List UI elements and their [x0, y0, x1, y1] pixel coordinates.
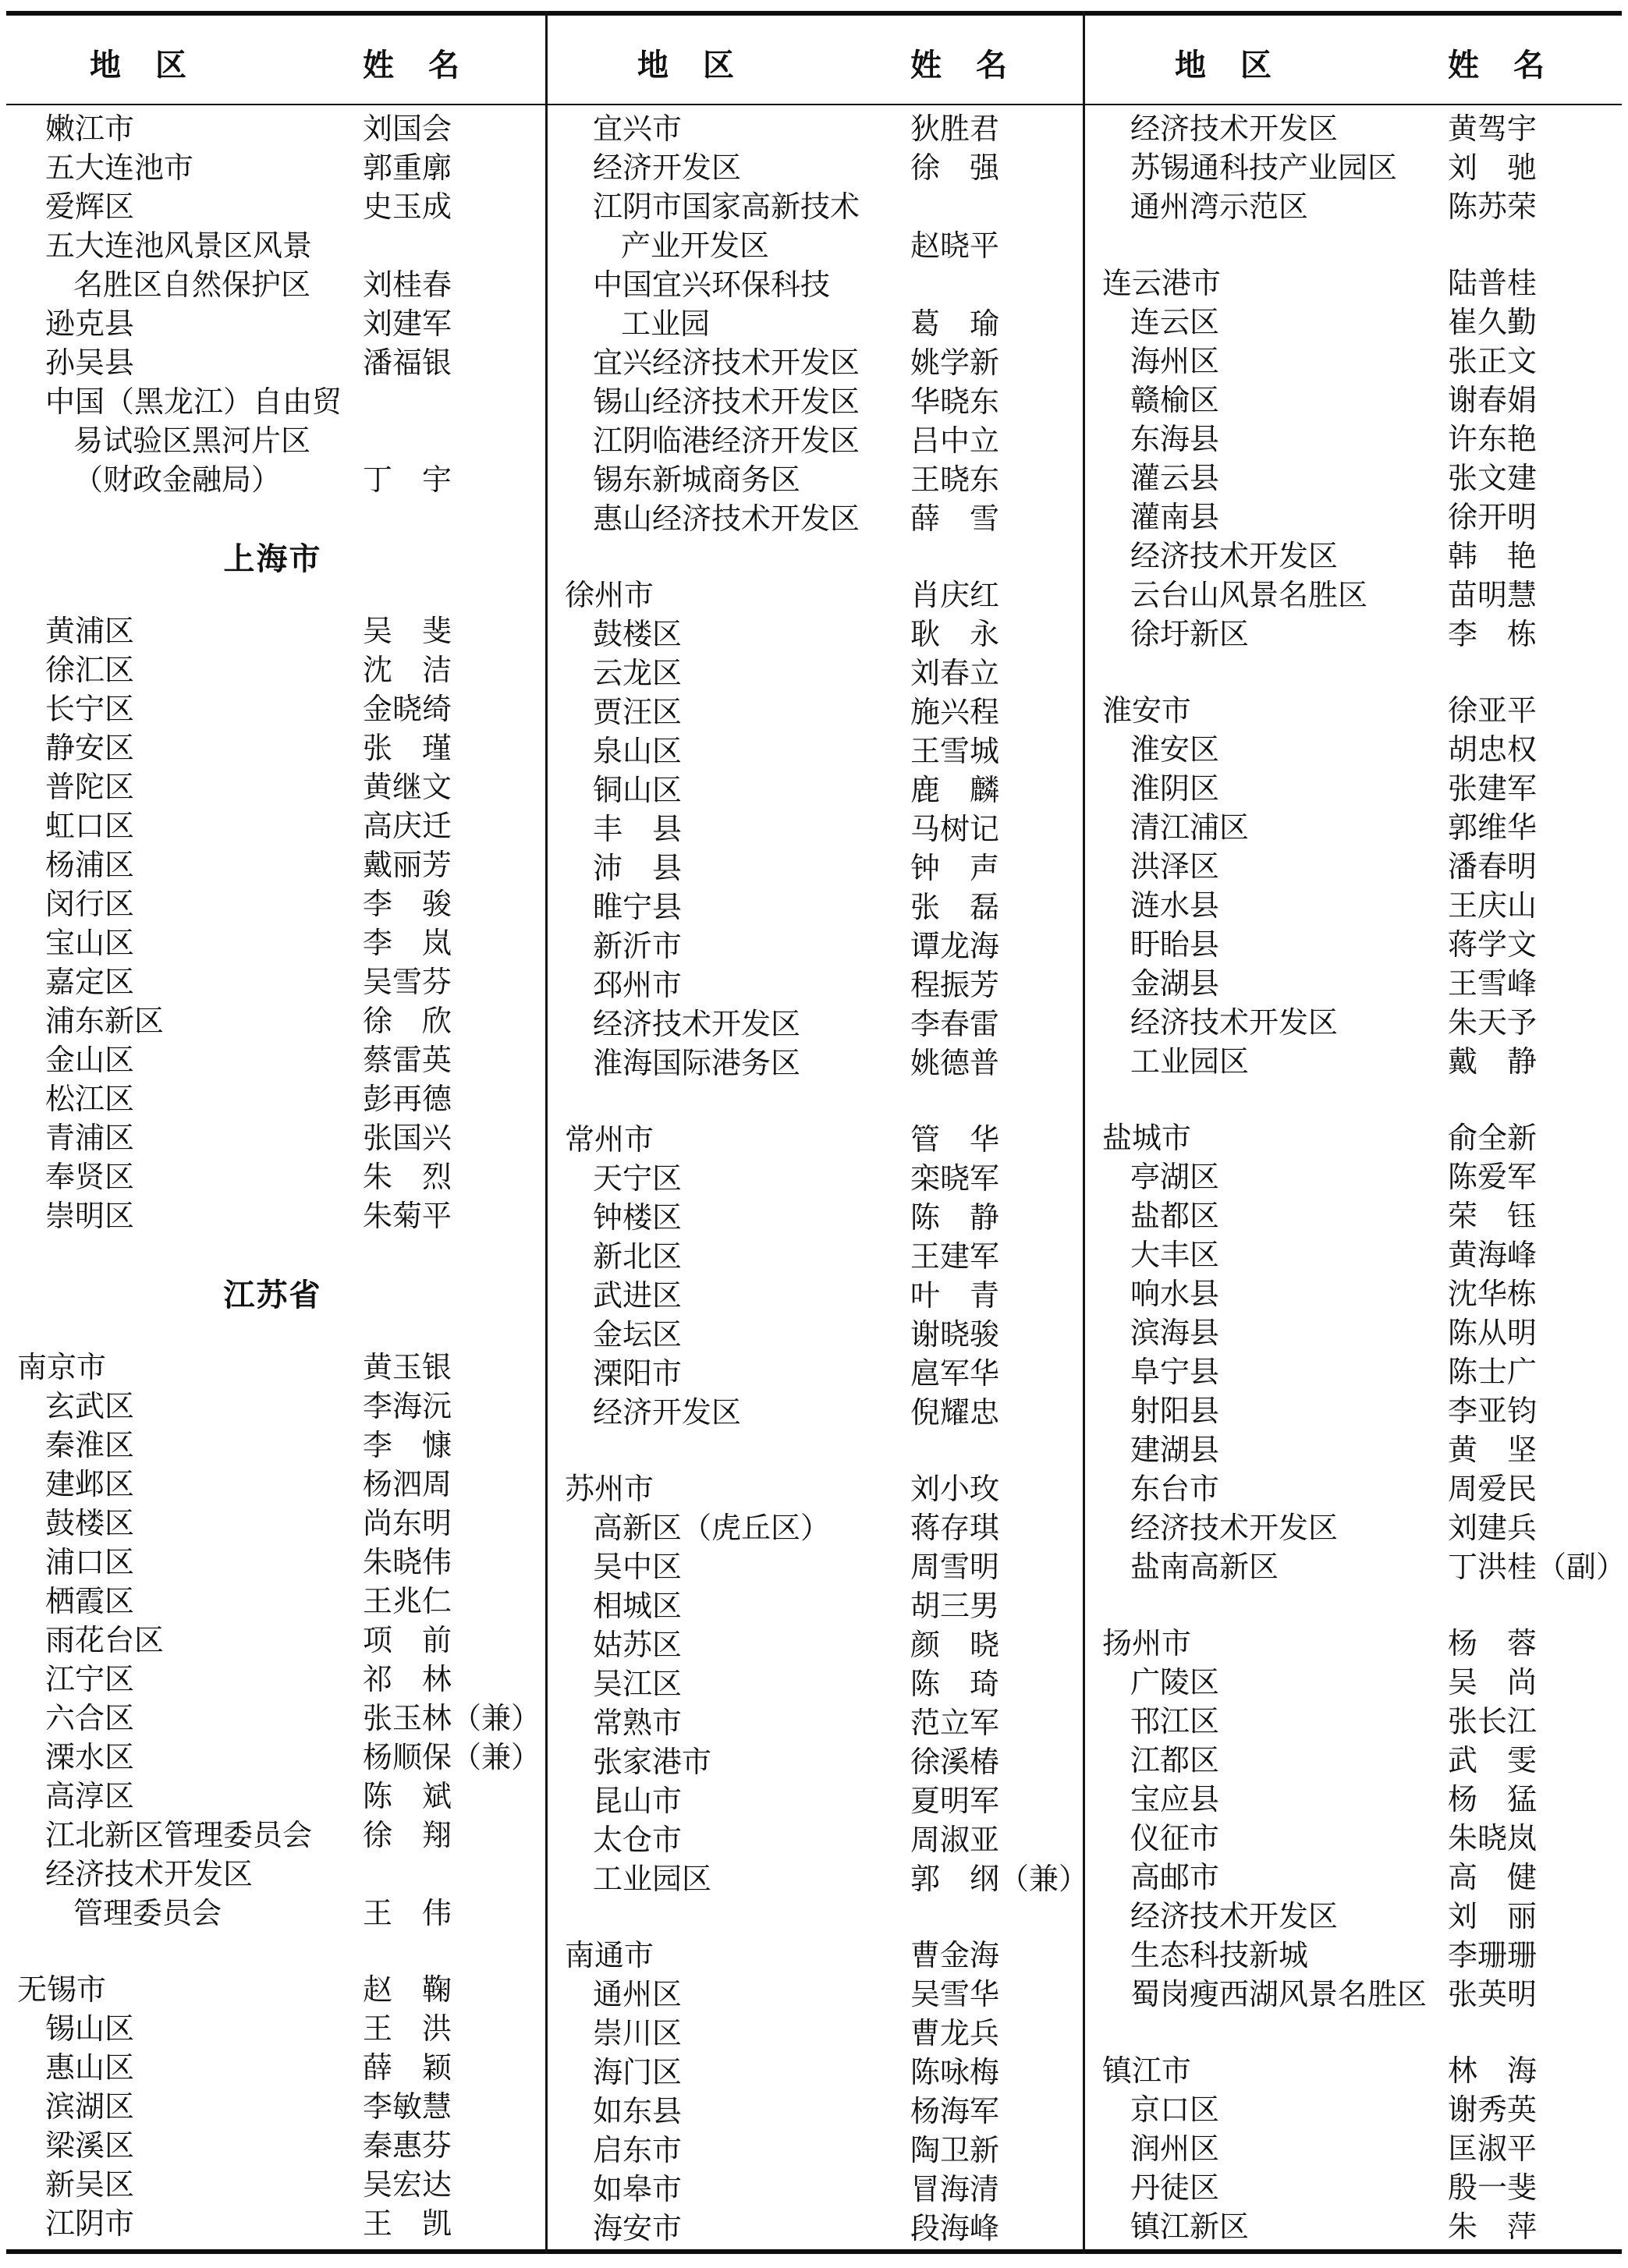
- region-cell: 宝山区: [45, 924, 134, 963]
- table-row: 邳州市程振芳: [548, 966, 1083, 1005]
- name-cell: 杨海军: [910, 2093, 999, 2132]
- name-cell: 陶卫新: [910, 2132, 999, 2171]
- name-cell: 潘春明: [1448, 848, 1537, 887]
- table-row: 连云区崔久勤: [1085, 303, 1628, 342]
- table-row: 爱辉区史玉成: [0, 188, 545, 227]
- name-cell: 俞全新: [1448, 1119, 1537, 1158]
- name-cell: 吴雪华: [910, 1976, 999, 2015]
- name-cell: 钟 声: [910, 849, 999, 888]
- region-cell: 嘉定区: [45, 963, 134, 1002]
- name-cell: 李敏慧: [363, 2088, 452, 2127]
- name-cell: 陈 静: [910, 1199, 999, 1238]
- table-row: 建邺区杨泗周: [0, 1465, 545, 1504]
- region-cell: 名胜区自然保护区: [73, 266, 310, 305]
- region-cell: 邳州市: [593, 966, 682, 1005]
- table-row: 新沂市谭龙海: [548, 927, 1083, 966]
- table-row: 普陀区黄继文: [0, 768, 545, 807]
- table-row: 高淳区陈 斌: [0, 1777, 545, 1816]
- table-row: 江阴市国家高新技术: [548, 188, 1083, 227]
- table-row: 孙吴县潘福银: [0, 344, 545, 383]
- table-row: 经济开发区倪耀忠: [548, 1394, 1083, 1433]
- table-row: 经济技术开发区: [0, 1855, 545, 1894]
- name-cell: 徐亚平: [1448, 692, 1537, 731]
- table-row: 奉贤区朱 烈: [0, 1158, 545, 1197]
- name-cell: 葛 瑜: [910, 305, 999, 344]
- name-cell: 颜 晓: [910, 1626, 999, 1665]
- table-row: 张家港市徐溪椿: [548, 1743, 1083, 1782]
- table-row: 梁溪区秦惠芬: [0, 2127, 545, 2166]
- region-cell: 闵行区: [45, 885, 134, 924]
- region-cell: 浦东新区: [45, 1002, 164, 1041]
- table-row: 常州市管 华: [548, 1121, 1083, 1160]
- region-cell: 鼓楼区: [45, 1504, 134, 1543]
- name-cell: 朱天予: [1448, 1004, 1537, 1043]
- region-cell: 江北新区管理委员会: [45, 1816, 312, 1855]
- section-gap: [1085, 1082, 1628, 1119]
- table-row: 徐汇区沈 洁: [0, 651, 545, 690]
- table-row: 江阴临港经济开发区吕中立: [548, 422, 1083, 461]
- region-cell: 孙吴县: [45, 344, 134, 383]
- table-row: 润州区匡淑平: [1085, 2130, 1628, 2169]
- region-cell: 新沂市: [593, 927, 682, 966]
- table-row: （财政金融局）丁 宇: [0, 461, 545, 500]
- region-cell: 苏州市: [565, 1470, 654, 1509]
- region-cell: 浦口区: [45, 1543, 134, 1582]
- region-cell: 盐城市: [1102, 1119, 1191, 1158]
- region-cell: 长宁区: [45, 690, 134, 729]
- table-row: 经济技术开发区刘 丽: [1085, 1898, 1628, 1937]
- name-cell: 高庆迁: [363, 807, 452, 846]
- name-cell: 蔡雷英: [363, 1041, 452, 1080]
- name-cell: 蒋学文: [1448, 926, 1537, 965]
- name-cell: 徐溪椿: [910, 1743, 999, 1782]
- table-row: 连云港市陆普桂: [1085, 264, 1628, 303]
- section-gap: [548, 1899, 1083, 1937]
- region-cell: 张家港市: [593, 1743, 711, 1782]
- table-row: 黄浦区吴 斐: [0, 612, 545, 651]
- table-row: 响水县沈华栋: [1085, 1275, 1628, 1314]
- table-row: 亭湖区陈爱军: [1085, 1158, 1628, 1197]
- region-cell: 淮安区: [1130, 731, 1219, 770]
- table-row: 武进区叶 青: [548, 1277, 1083, 1316]
- table-row: 惠山区薛 颖: [0, 2049, 545, 2088]
- name-cell: 叶 青: [910, 1277, 999, 1316]
- region-cell: 普陀区: [45, 768, 134, 807]
- region-cell: 苏锡通科技产业园区: [1130, 149, 1397, 188]
- table-row: 中国宜兴环保科技: [548, 266, 1083, 305]
- table-row: 新北区王建军: [548, 1238, 1083, 1277]
- name-cell: 李亚钧: [1448, 1392, 1537, 1431]
- region-column-header: 地 区: [637, 41, 736, 85]
- name-cell: 许东艳: [1448, 420, 1537, 459]
- name-cell: 林 海: [1448, 2052, 1537, 2091]
- region-cell: 易试验区黑河片区: [73, 422, 310, 461]
- table-row: 吴中区周雪明: [548, 1548, 1083, 1587]
- region-cell: 高新区（虎丘区）: [593, 1509, 830, 1548]
- table-row: 江北新区管理委员会徐 翔: [0, 1816, 545, 1855]
- section-gap: [1085, 2015, 1628, 2052]
- column-3-body: 经济技术开发区黄驾宇苏锡通科技产业园区刘 驰通州湾示范区陈苏荣连云港市陆普桂连云…: [1085, 104, 1628, 2247]
- region-cell: 无锡市: [17, 1971, 106, 2010]
- name-cell: 王晓东: [910, 461, 999, 500]
- region-cell: 工业园: [621, 305, 710, 344]
- table-row: 经济技术开发区刘建兵: [1085, 1509, 1628, 1548]
- region-cell: 金湖县: [1130, 965, 1219, 1004]
- region-cell: 仪征市: [1130, 1820, 1219, 1859]
- region-cell: 如东县: [593, 2093, 682, 2132]
- name-cell: 李 慷: [363, 1426, 452, 1465]
- table-row: 江宁区祁 林: [0, 1660, 545, 1699]
- name-cell: 陈 斌: [363, 1777, 452, 1816]
- name-cell: 王雪峰: [1448, 965, 1537, 1004]
- table-row: 工业园葛 瑜: [548, 305, 1083, 344]
- table-row: 惠山经济技术开发区薛 雪: [548, 500, 1083, 539]
- region-cell: 建湖县: [1130, 1431, 1219, 1470]
- name-cell: 吴 斐: [363, 612, 452, 651]
- table-row: 徐圩新区李 栋: [1085, 615, 1628, 654]
- name-cell: 李 栋: [1448, 615, 1537, 654]
- region-column-header: 地 区: [1175, 41, 1273, 85]
- region-cell: 灌南县: [1130, 498, 1219, 537]
- table-row: 雨花台区项 前: [0, 1621, 545, 1660]
- table-row: 洪泽区潘春明: [1085, 848, 1628, 887]
- region-cell: 江阴市国家高新技术: [593, 188, 860, 227]
- region-cell: 徐汇区: [45, 651, 134, 690]
- table-row: 闵行区李 骏: [0, 885, 545, 924]
- region-cell: 逊克县: [45, 305, 134, 344]
- name-cell: 刘 驰: [1448, 149, 1537, 188]
- region-cell: 宝应县: [1130, 1781, 1219, 1820]
- table-row: 海安市段海峰: [548, 2210, 1083, 2249]
- table-row: 灌南县徐开明: [1085, 498, 1628, 537]
- table-row: 丹徒区殷一斐: [1085, 2169, 1628, 2208]
- name-cell: 黄玉银: [363, 1348, 452, 1387]
- table-row: 金山区蔡雷英: [0, 1041, 545, 1080]
- table-row: 崇明区朱菊平: [0, 1197, 545, 1236]
- region-cell: 丰 县: [593, 810, 682, 849]
- region-cell: 响水县: [1130, 1275, 1219, 1314]
- name-cell: 谭龙海: [910, 927, 999, 966]
- table-row: 盐城市俞全新: [1085, 1119, 1628, 1158]
- table-row: 丰 县马树记: [548, 810, 1083, 849]
- region-cell: 经济开发区: [593, 149, 741, 188]
- section-gap: [0, 1933, 545, 1971]
- region-cell: 大丰区: [1130, 1236, 1219, 1275]
- region-cell: 灌云县: [1130, 459, 1219, 498]
- name-cell: 朱晓岚: [1448, 1820, 1537, 1859]
- name-cell: 张国兴: [363, 1119, 452, 1158]
- region-column-header: 地 区: [90, 41, 188, 85]
- name-cell: 姚学新: [910, 344, 999, 383]
- table-row: 嘉定区吴雪芬: [0, 963, 545, 1002]
- table-row: 经济技术开发区李春雷: [548, 1005, 1083, 1044]
- name-cell: 朱菊平: [363, 1197, 452, 1236]
- table-row: 睢宁县张 磊: [548, 888, 1083, 927]
- table-row: 相城区胡三男: [548, 1587, 1083, 1626]
- region-cell: 铜山区: [593, 771, 682, 810]
- table-row: 宜兴经济技术开发区姚学新: [548, 344, 1083, 383]
- table-row: 工业园区郭 纲（兼）: [548, 1860, 1083, 1899]
- region-cell: 滨海县: [1130, 1314, 1219, 1353]
- region-cell: 连云港市: [1102, 264, 1221, 303]
- name-cell: 程振芳: [910, 966, 999, 1005]
- region-cell: 生态科技新城: [1130, 1937, 1308, 1976]
- name-cell: 殷一斐: [1448, 2169, 1537, 2208]
- table-row: 长宁区金晓绮: [0, 690, 545, 729]
- region-cell: 溧水区: [45, 1738, 134, 1777]
- section-gap: [1085, 227, 1628, 264]
- region-cell: 阜宁县: [1130, 1353, 1219, 1392]
- name-cell: 王雪城: [910, 732, 999, 771]
- table-row: 浦东新区徐 欣: [0, 1002, 545, 1041]
- table-row: 锡东新城商务区王晓东: [548, 461, 1083, 500]
- table-row: 广陵区吴 尚: [1085, 1664, 1628, 1703]
- table-row: 经济技术开发区黄驾宇: [1085, 110, 1628, 149]
- table-row: 盐都区荣 钰: [1085, 1197, 1628, 1236]
- name-cell: 陈 琦: [910, 1665, 999, 1704]
- table-row: 钟楼区陈 静: [548, 1199, 1083, 1238]
- region-cell: 经济技术开发区: [1130, 1898, 1338, 1937]
- column-1-body: 嫩江市刘国会五大连池市郭重廓爱辉区史玉成五大连池风景区风景名胜区自然保护区刘桂春…: [0, 104, 545, 2244]
- name-cell: 管 华: [910, 1121, 999, 1160]
- table-row: 扬州市杨 蓉: [1085, 1625, 1628, 1664]
- name-cell: 王 伟: [363, 1894, 452, 1933]
- region-cell: 江阴临港经济开发区: [593, 422, 860, 461]
- name-cell: 华晓东: [910, 383, 999, 422]
- region-cell: 吴江区: [593, 1665, 682, 1704]
- region-cell: 金坛区: [593, 1316, 682, 1355]
- name-cell: 陆普桂: [1448, 264, 1537, 303]
- table-row: 大丰区黄海峰: [1085, 1236, 1628, 1275]
- name-cell: 张 瑾: [363, 729, 452, 768]
- table-row: 盱眙县蒋学文: [1085, 926, 1628, 965]
- region-cell: 邗江区: [1130, 1703, 1219, 1742]
- region-cell: 相城区: [593, 1587, 682, 1626]
- region-cell: 高淳区: [45, 1777, 134, 1816]
- region-cell: 金山区: [45, 1041, 134, 1080]
- name-cell: 赵晓平: [910, 227, 999, 266]
- name-cell: 张正文: [1448, 342, 1537, 381]
- name-cell: 耿 永: [910, 615, 999, 654]
- name-cell: 胡忠权: [1448, 731, 1537, 770]
- table-row: 灌云县张文建: [1085, 459, 1628, 498]
- region-cell: 镇江市: [1102, 2052, 1191, 2091]
- name-cell: 吴雪芬: [363, 963, 452, 1002]
- table-row: 江都区武 雯: [1085, 1742, 1628, 1781]
- table-row: 工业园区戴 静: [1085, 1043, 1628, 1082]
- region-cell: 通州区: [593, 1976, 682, 2015]
- region-cell: 中国（黑龙江）自由贸: [45, 383, 342, 422]
- name-cell: 栾晓军: [910, 1160, 999, 1199]
- name-cell: 赵 鞠: [363, 1971, 452, 2010]
- document-page: 地 区 姓 名 嫩江市刘国会五大连池市郭重廓爱辉区史玉成五大连池风景区风景名胜区…: [0, 0, 1628, 2268]
- name-cell: 陈爱军: [1448, 1158, 1537, 1197]
- name-cell: 陈苏荣: [1448, 188, 1537, 227]
- region-cell: 姑苏区: [593, 1626, 682, 1665]
- region-cell: 锡山区: [45, 2010, 134, 2049]
- region-cell: 经济技术开发区: [1130, 1004, 1338, 1043]
- table-row: 杨浦区戴丽芳: [0, 846, 545, 885]
- name-cell: 戴丽芳: [363, 846, 452, 885]
- region-cell: 东台市: [1130, 1470, 1219, 1509]
- name-cell: 倪耀忠: [910, 1394, 999, 1433]
- region-cell: 如皋市: [593, 2171, 682, 2210]
- name-cell: 王兆仁: [363, 1582, 452, 1621]
- table-row: 溧阳市扈军华: [548, 1355, 1083, 1394]
- region-cell: 泉山区: [593, 732, 682, 771]
- table-row: 易试验区黑河片区: [0, 422, 545, 461]
- name-cell: 刘建军: [363, 305, 452, 344]
- name-cell: 黄驾宇: [1448, 110, 1537, 149]
- table-row: 射阳县李亚钧: [1085, 1392, 1628, 1431]
- region-cell: 静安区: [45, 729, 134, 768]
- region-cell: 武进区: [593, 1277, 682, 1316]
- name-cell: 李珊珊: [1448, 1937, 1537, 1976]
- name-cell: 潘福银: [363, 344, 452, 383]
- region-cell: （财政金融局）: [73, 461, 281, 500]
- table-row: 云龙区刘春立: [548, 654, 1083, 693]
- name-cell: 刘国会: [363, 110, 452, 149]
- name-cell: 范立军: [910, 1704, 999, 1743]
- name-cell: 史玉成: [363, 188, 452, 227]
- region-cell: 五大连池风景区风景: [45, 227, 312, 266]
- region-cell: 海州区: [1130, 342, 1219, 381]
- region-cell: 润州区: [1130, 2130, 1219, 2169]
- region-cell: 崇川区: [593, 2015, 682, 2054]
- name-cell: 刘桂春: [363, 266, 452, 305]
- name-cell: 丁 宇: [363, 461, 452, 500]
- table-row: 金湖县王雪峰: [1085, 965, 1628, 1004]
- region-cell: 睢宁县: [593, 888, 682, 927]
- region-cell: 徐圩新区: [1130, 615, 1249, 654]
- table-row: 锡山经济技术开发区华晓东: [548, 383, 1083, 422]
- table-row: 淮海国际港务区姚德普: [548, 1044, 1083, 1083]
- name-cell: 黄继文: [363, 768, 452, 807]
- name-cell: 夏明军: [910, 1782, 999, 1821]
- table-row: 溧水区杨顺保（兼）: [0, 1738, 545, 1777]
- name-cell: 马树记: [910, 810, 999, 849]
- region-cell: 丹徒区: [1130, 2169, 1219, 2208]
- region-cell: 经济技术开发区: [1130, 1509, 1338, 1548]
- region-cell: 滨湖区: [45, 2088, 134, 2127]
- section-gap: [548, 539, 1083, 576]
- section-gap: [548, 1083, 1083, 1121]
- region-cell: 奉贤区: [45, 1158, 134, 1197]
- name-cell: 戴 静: [1448, 1043, 1537, 1082]
- table-row: 锡山区王 洪: [0, 2010, 545, 2049]
- region-cell: 宜兴经济技术开发区: [593, 344, 860, 383]
- table-row: 铜山区鹿 麟: [548, 771, 1083, 810]
- table-row: 太仓市周淑亚: [548, 1821, 1083, 1860]
- region-cell: 京口区: [1130, 2091, 1219, 2130]
- table-row: 逊克县刘建军: [0, 305, 545, 344]
- region-cell: 崇明区: [45, 1197, 134, 1236]
- region-cell: 经济开发区: [593, 1394, 741, 1433]
- table-row: 镇江新区朱 萍: [1085, 2208, 1628, 2247]
- table-row: 经济技术开发区朱天予: [1085, 1004, 1628, 1043]
- name-cell: 施兴程: [910, 693, 999, 732]
- name-cell: 朱 萍: [1448, 2208, 1537, 2247]
- region-cell: 新北区: [593, 1238, 682, 1277]
- region-cell: 东海县: [1130, 420, 1219, 459]
- table-row: 浦口区朱晓伟: [0, 1543, 545, 1582]
- table-row: 东台市周爱民: [1085, 1470, 1628, 1509]
- region-cell: 赣榆区: [1130, 381, 1219, 420]
- name-cell: 苗明慧: [1448, 576, 1537, 615]
- region-cell: 爱辉区: [45, 188, 134, 227]
- region-cell: 射阳县: [1130, 1392, 1219, 1431]
- table-row: 泉山区王雪城: [548, 732, 1083, 771]
- table-row: 滨湖区李敏慧: [0, 2088, 545, 2127]
- name-cell: 李 岚: [363, 924, 452, 963]
- name-cell: 周爱民: [1448, 1470, 1537, 1509]
- column-1-header: 地 区 姓 名: [0, 11, 545, 104]
- region-cell: 栖霞区: [45, 1582, 134, 1621]
- table-row: 宜兴市狄胜君: [548, 110, 1083, 149]
- table-row: 淮安市徐亚平: [1085, 692, 1628, 731]
- region-cell: 南通市: [565, 1937, 654, 1976]
- name-cell: 刘小玫: [910, 1470, 999, 1509]
- province-section-header: 江苏省: [0, 1236, 545, 1348]
- name-cell: 冒海清: [910, 2171, 999, 2210]
- name-cell: 朱晓伟: [363, 1543, 452, 1582]
- region-cell: 徐州市: [565, 576, 654, 615]
- table-row: 生态科技新城李珊珊: [1085, 1937, 1628, 1976]
- table-row: 崇川区曹龙兵: [548, 2015, 1083, 2054]
- table-row: 海州区张正文: [1085, 342, 1628, 381]
- name-cell: 武 雯: [1448, 1742, 1537, 1781]
- name-cell: 金晓绮: [363, 690, 452, 729]
- name-column-header: 姓 名: [1448, 41, 1546, 85]
- name-cell: 吴宏达: [363, 2166, 452, 2205]
- name-cell: 祁 林: [363, 1660, 452, 1699]
- table-row: 建湖县黄 坚: [1085, 1431, 1628, 1470]
- region-cell: 经济技术开发区: [593, 1005, 800, 1044]
- name-cell: 陈士广: [1448, 1353, 1537, 1392]
- region-cell: 建邺区: [45, 1465, 134, 1504]
- name-cell: 吕中立: [910, 422, 999, 461]
- column-3: 地 区 姓 名 经济技术开发区黄驾宇苏锡通科技产业园区刘 驰通州湾示范区陈苏荣连…: [1085, 11, 1628, 2254]
- table-row: 云台山风景名胜区苗明慧: [1085, 576, 1628, 615]
- table-row: 南京市黄玉银: [0, 1348, 545, 1387]
- region-cell: 海门区: [593, 2054, 682, 2093]
- name-cell: 刘建兵: [1448, 1509, 1537, 1548]
- name-column-header: 姓 名: [363, 41, 461, 85]
- region-cell: 秦淮区: [45, 1426, 134, 1465]
- table-row: 天宁区栾晓军: [548, 1160, 1083, 1199]
- region-cell: 新吴区: [45, 2166, 134, 2205]
- region-cell: 惠山区: [45, 2049, 134, 2088]
- table-row: 经济开发区徐 强: [548, 149, 1083, 188]
- name-column-header: 姓 名: [910, 41, 1009, 85]
- table-row: 苏锡通科技产业园区刘 驰: [1085, 149, 1628, 188]
- table-row: 宝应县杨 猛: [1085, 1781, 1628, 1820]
- table-row: 如皋市冒海清: [548, 2171, 1083, 2210]
- region-cell: 嫩江市: [45, 110, 134, 149]
- table-row: 产业开发区赵晓平: [548, 227, 1083, 266]
- name-cell: 鹿 麟: [910, 771, 999, 810]
- region-cell: 淮安市: [1102, 692, 1191, 731]
- column-1: 地 区 姓 名 嫩江市刘国会五大连池市郭重廓爱辉区史玉成五大连池风景区风景名胜区…: [0, 11, 545, 2254]
- name-cell: 曹金海: [910, 1937, 999, 1976]
- name-cell: 杨顺保（兼）: [363, 1738, 541, 1777]
- column-2: 地 区 姓 名 宜兴市狄胜君经济开发区徐 强江阴市国家高新技术产业开发区赵晓平中…: [548, 11, 1083, 2254]
- name-cell: 陈从明: [1448, 1314, 1537, 1353]
- table-row: 栖霞区王兆仁: [0, 1582, 545, 1621]
- table-row: 中国（黑龙江）自由贸: [0, 383, 545, 422]
- name-cell: 张建军: [1448, 770, 1537, 809]
- region-cell: 云龙区: [593, 654, 682, 693]
